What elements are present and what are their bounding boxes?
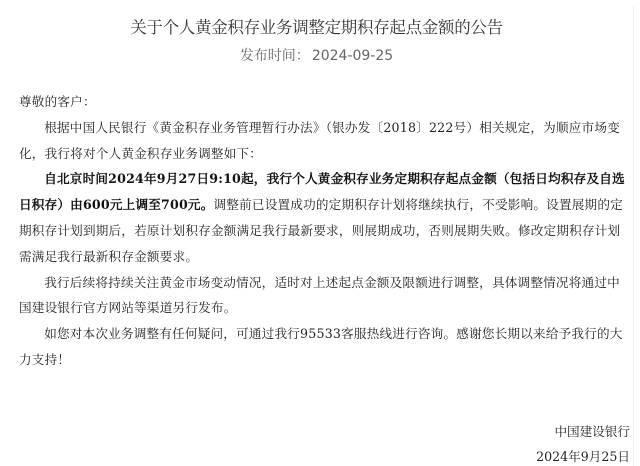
notice-title: 关于个人黄金积存业务调整定期积存起点金额的公告 xyxy=(0,14,633,38)
publish-date-line: 发布时间：2024-09-25 xyxy=(0,45,633,65)
signature-bank: 中国建设银行 xyxy=(536,419,630,444)
publish-date-label: 发布时间： xyxy=(240,48,310,64)
signature-block: 中国建设银行 2024年9月25日 xyxy=(536,419,630,466)
publish-date-value: 2024-09-25 xyxy=(312,48,393,64)
paragraph-basis: 根据中国人民银行《黄金积存业务管理暂行办法》（银办发〔2018〕222号）相关规… xyxy=(19,115,627,167)
notice-body: 尊敬的客户： 根据中国人民银行《黄金积存业务管理暂行办法》（银办发〔2018〕2… xyxy=(19,89,627,373)
page-border xyxy=(633,6,634,466)
greeting: 尊敬的客户： xyxy=(19,89,627,115)
paragraph-followup: 我行后续将持续关注黄金市场变动情况，适时对上述起点金额及限额进行调整，具体调整情… xyxy=(19,270,627,322)
paragraph-contact: 如您对本次业务调整有任何疑问，可通过我行95533客服热线进行咨询。感谢您长期以… xyxy=(19,321,627,373)
paragraph-adjustment: 自北京时间2024年9月27日9:10起，我行个人黄金积存业务定期积存起点金额（… xyxy=(19,166,627,269)
signature-date: 2024年9月25日 xyxy=(536,444,630,466)
